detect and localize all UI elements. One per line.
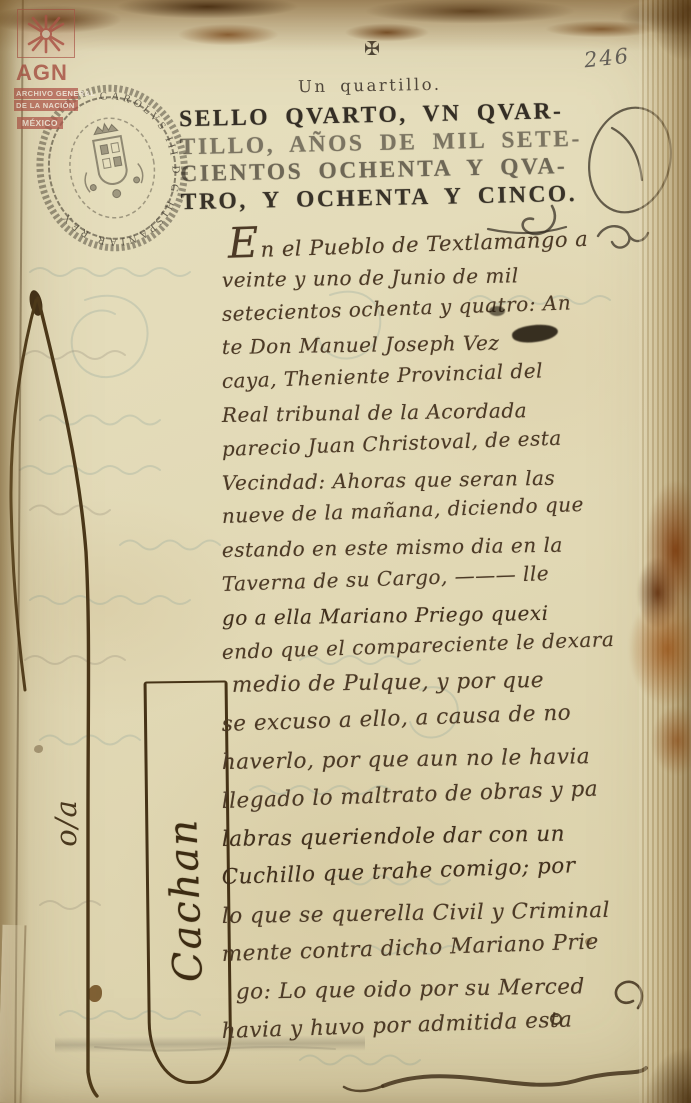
manuscript-line: En el Pueblo de Textlamango a xyxy=(221,220,658,268)
margin-annotation: o/a xyxy=(49,775,83,871)
agn-star-box xyxy=(17,9,75,58)
ink-speck xyxy=(88,985,102,1002)
ink-blot xyxy=(489,306,505,316)
agn-country: MÉXICO xyxy=(17,117,63,129)
margin-box-label: Cachan xyxy=(160,817,212,983)
agn-acronym: AGN xyxy=(16,60,78,86)
agn-org-line2: DE LA NACIÓN xyxy=(14,100,78,111)
rust-stain xyxy=(622,452,691,804)
royal-coat-of-arms xyxy=(76,119,146,203)
top-right-corner-stain xyxy=(640,0,691,90)
revenue-stamp-text: SELLO QVARTO, VN QVAR- TILLO, AÑOS DE MI… xyxy=(179,98,583,216)
agn-org-line1: ARCHIVO GENERAL xyxy=(14,88,78,99)
bottom-right-corner-stain xyxy=(642,1032,691,1103)
ink-speck xyxy=(34,745,43,753)
manuscript-body: En el Pueblo de Textlamango a veinte y u… xyxy=(222,234,658,1057)
agn-star-icon xyxy=(25,14,67,54)
manuscript-page: CAROLVS III D G HISPANIAR REX xyxy=(0,0,691,1103)
tax-annotation: Un quartillo. xyxy=(298,75,442,97)
agn-watermark: AGN ARCHIVO GENERAL DE LA NACIÓN MÉXICO xyxy=(14,9,78,130)
top-edge-stain xyxy=(0,0,691,56)
